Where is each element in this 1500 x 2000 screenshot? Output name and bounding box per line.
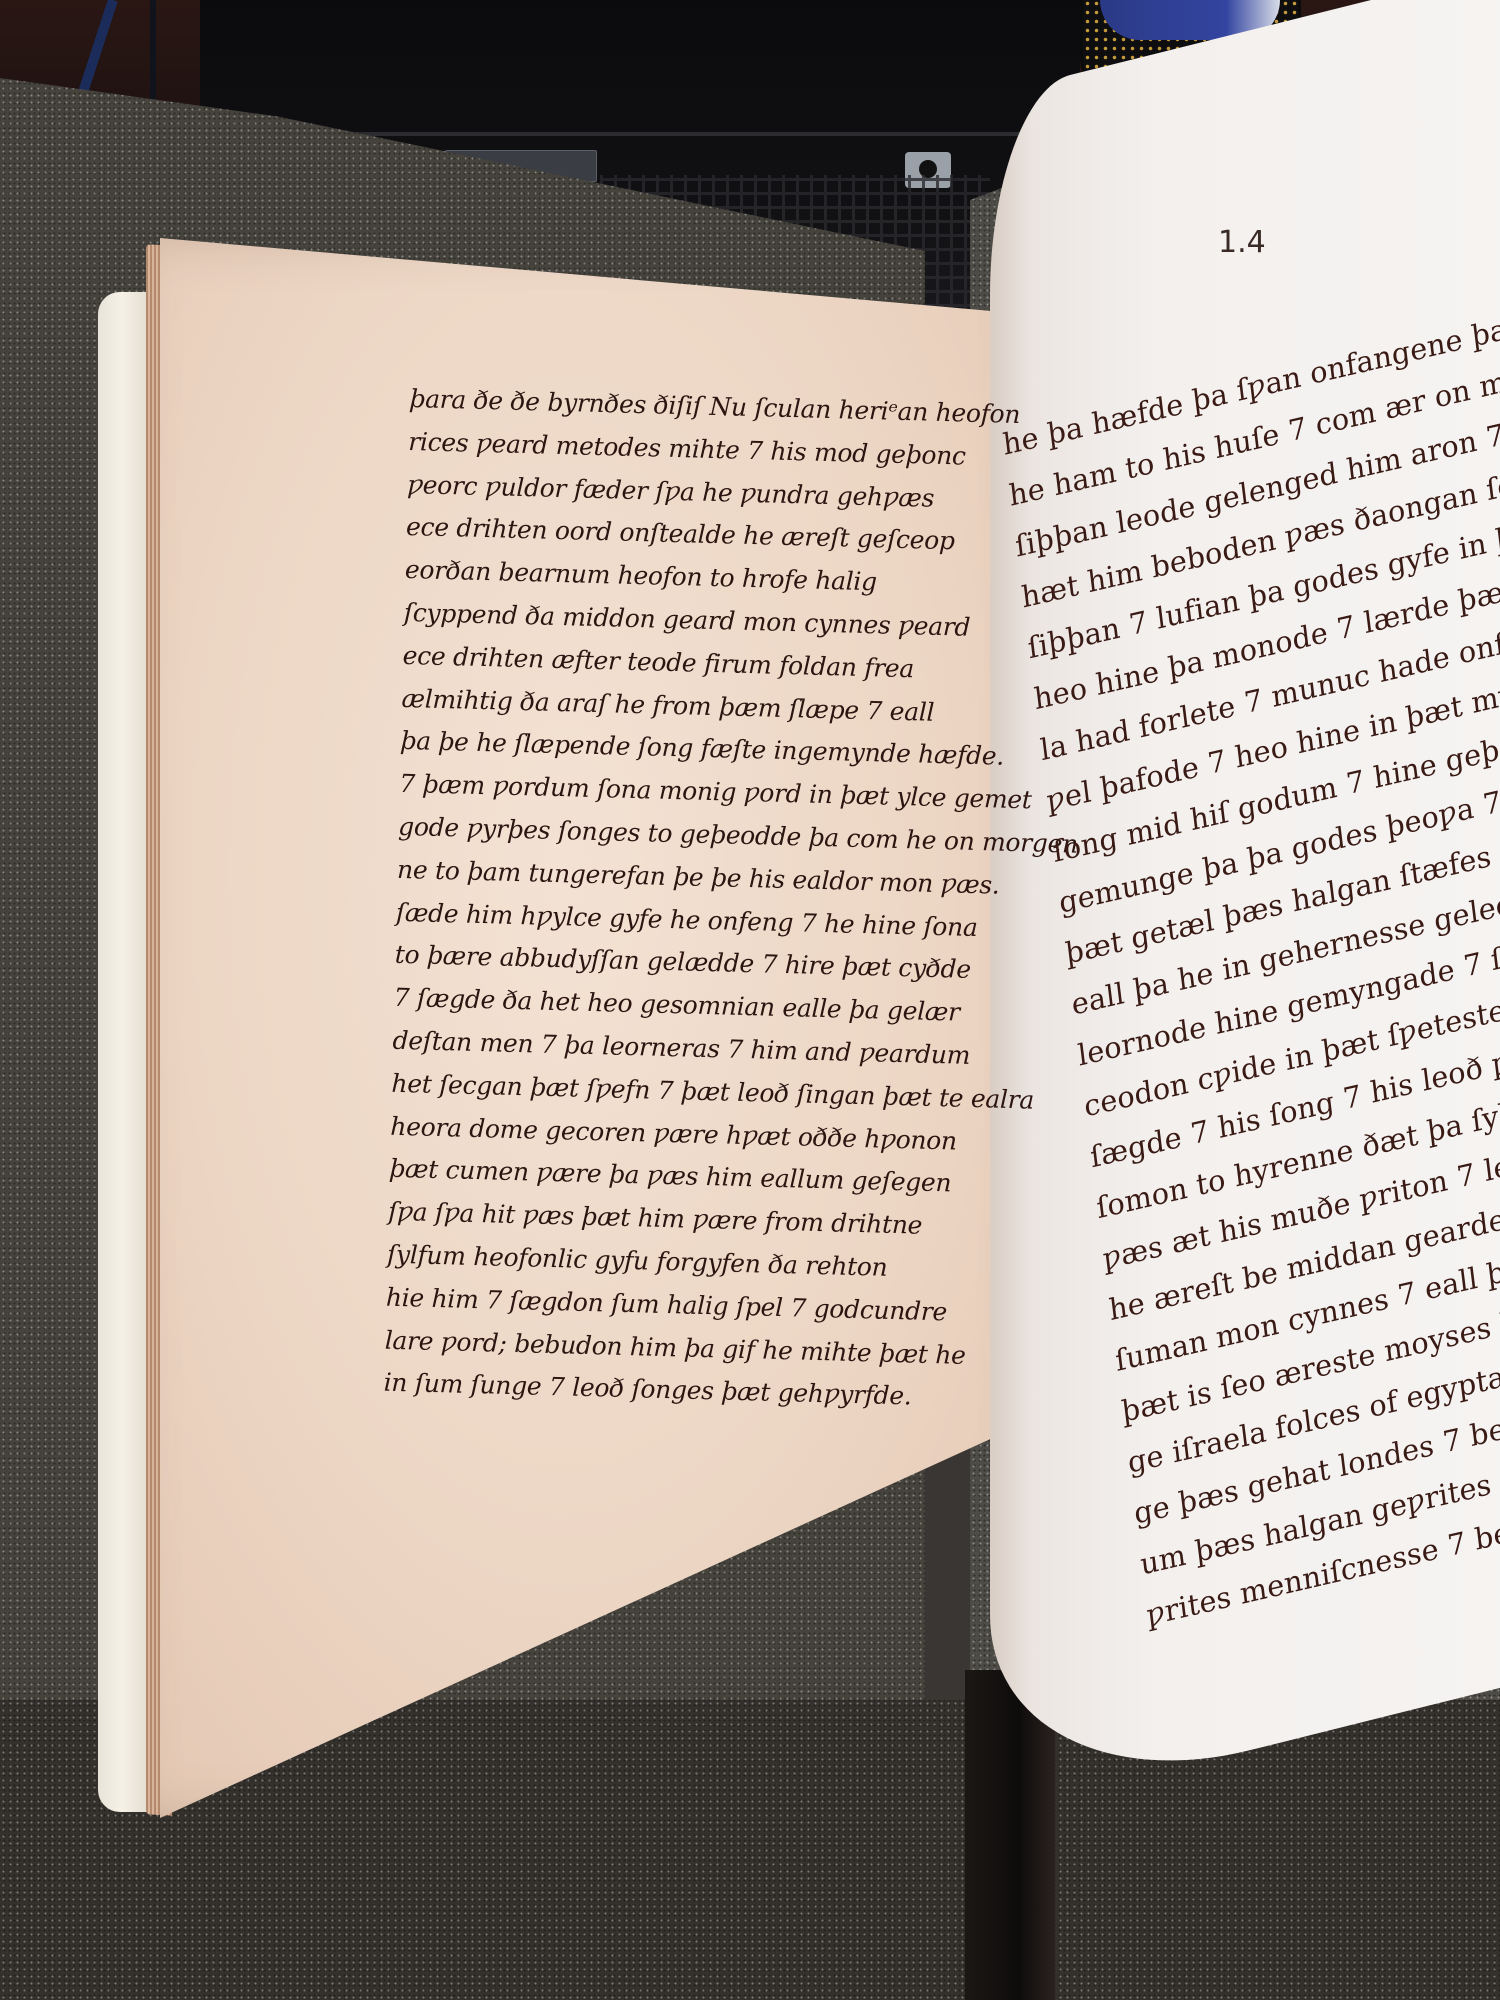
folio-number: 1.4 — [1218, 225, 1266, 260]
device-edge — [300, 132, 1080, 136]
left-page-text: þara ðe ðe byrnðes ðiſiſ Nu ſculan heriᵉ… — [383, 378, 1010, 1420]
black-cable — [150, 0, 156, 110]
manuscript-photo: 1.4 þara ðe ðe byrnðes ðiſiſ Nu ſculan h… — [0, 0, 1500, 2000]
